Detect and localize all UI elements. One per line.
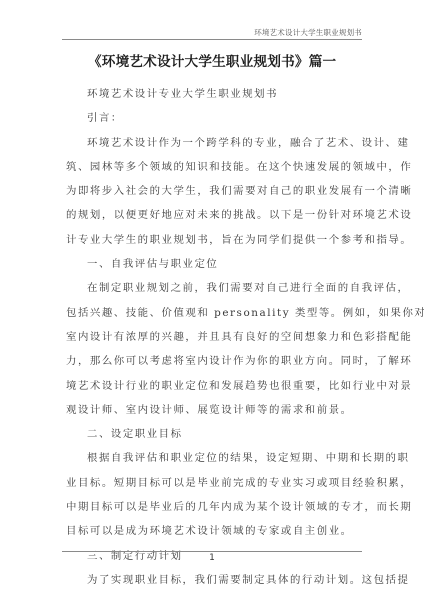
body-line: 室内设计有浓厚的兴趣，并且具有良好的空间想象力和色彩搭配能 bbox=[66, 325, 362, 349]
body-line: 筑、园林等多个领域的知识和技能。在这个快速发展的领域中，作 bbox=[66, 155, 362, 179]
body-line: 根据自我评估和职业定位的结果，设定短期、中期和长期的职 bbox=[66, 446, 362, 470]
body-line: 的规划，以便更好地应对未来的挑战。以下是一份针对环境艺术设 bbox=[66, 203, 362, 227]
body-line: 为即将步入社会的大学生，我们需要对自己的职业发展有一个清晰 bbox=[66, 179, 362, 203]
body-line: 包括兴趣、技能、价值观和 personality 类型等。例如，如果你对 bbox=[66, 301, 362, 325]
body-line: 为了实现职业目标，我们需要制定具体的行动计划。这包括提 bbox=[66, 568, 362, 592]
body-line: 环境艺术设计作为一个跨学科的专业，融合了艺术、设计、建 bbox=[66, 131, 362, 155]
body-line: 目标可以是成为环境艺术设计领域的专家或自主创业。 bbox=[66, 519, 362, 543]
body-line: 力，那么你可以考虑将室内设计作为你的职业方向。同时，了解环 bbox=[66, 349, 362, 373]
body-line: 观设计师、室内设计师、展览设计师等的需求和前景。 bbox=[66, 398, 362, 422]
body-line: 环境艺术设计专业大学生职业规划书 bbox=[66, 82, 362, 106]
section-heading: 一、自我评估与职业定位 bbox=[66, 252, 362, 276]
document-title: 《环境艺术设计大学生职业规划书》篇一 bbox=[88, 50, 336, 70]
body-line: 引言： bbox=[66, 106, 362, 130]
body-line: 计专业大学生的职业规划书，旨在为同学们提供一个参考和指导。 bbox=[66, 228, 362, 252]
footer-divider bbox=[62, 551, 362, 552]
header-divider bbox=[62, 39, 362, 40]
running-header: 环境艺术设计大学生职业规划书 bbox=[254, 27, 362, 38]
body-line: 业目标。短期目标可以是毕业前完成的专业实习或项目经验积累， bbox=[66, 471, 362, 495]
body-line: 中期目标可以是毕业后的几年内成为某个设计领域的专才，而长期 bbox=[66, 495, 362, 519]
section-heading: 二、设定职业目标 bbox=[66, 422, 362, 446]
page-number: 1 bbox=[0, 553, 424, 563]
body-line: 境艺术设计行业的职业定位和发展趋势也很重要，比如行业中对景 bbox=[66, 374, 362, 398]
document-page: 环境艺术设计大学生职业规划书 《环境艺术设计大学生职业规划书》篇一 环境艺术设计… bbox=[0, 0, 424, 600]
body-line: 在制定职业规划之前，我们需要对自己进行全面的自我评估， bbox=[66, 276, 362, 300]
document-body: 环境艺术设计专业大学生职业规划书 引言： 环境艺术设计作为一个跨学科的专业，融合… bbox=[66, 82, 362, 592]
